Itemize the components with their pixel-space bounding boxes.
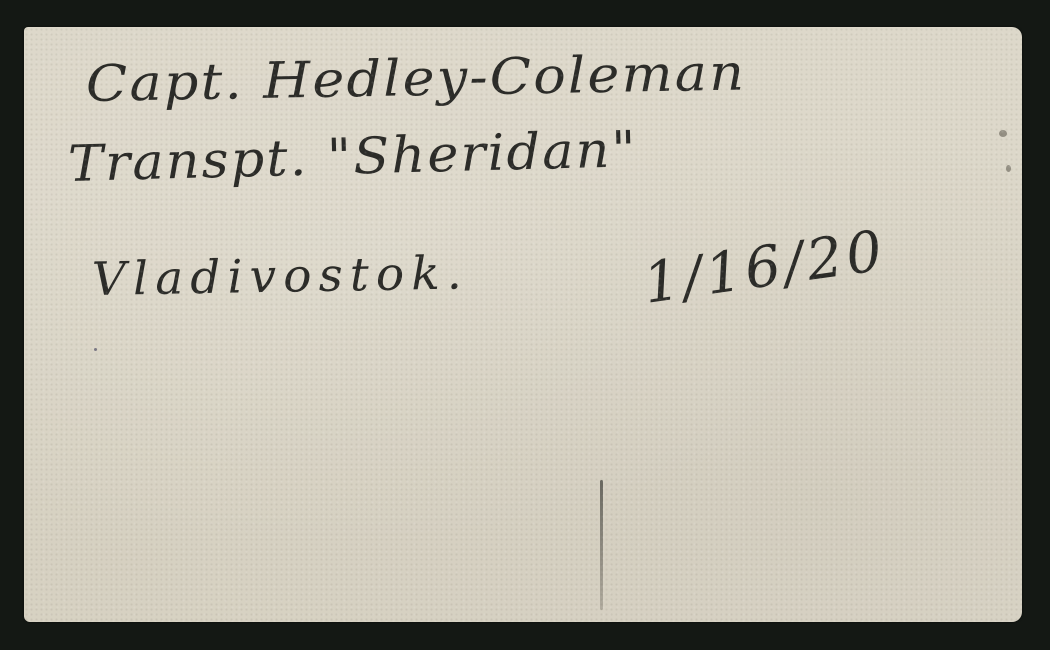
date-text: 1/16/20 [639, 218, 890, 316]
handwritten-place-line: Vladivostok. [92, 245, 470, 306]
pencil-mark [600, 480, 603, 610]
photo-card-back: Capt. Hedley-Coleman Transpt. "Sheridan"… [24, 27, 1022, 622]
handwritten-date: 1/16/20 [634, 232, 834, 372]
stain-spot [999, 130, 1007, 137]
ink-dot [94, 348, 97, 351]
handwritten-ship-line: Transpt. "Sheridan" [67, 120, 638, 193]
handwritten-name-line: Capt. Hedley-Coleman [85, 43, 746, 113]
stain-spot [1006, 165, 1011, 172]
